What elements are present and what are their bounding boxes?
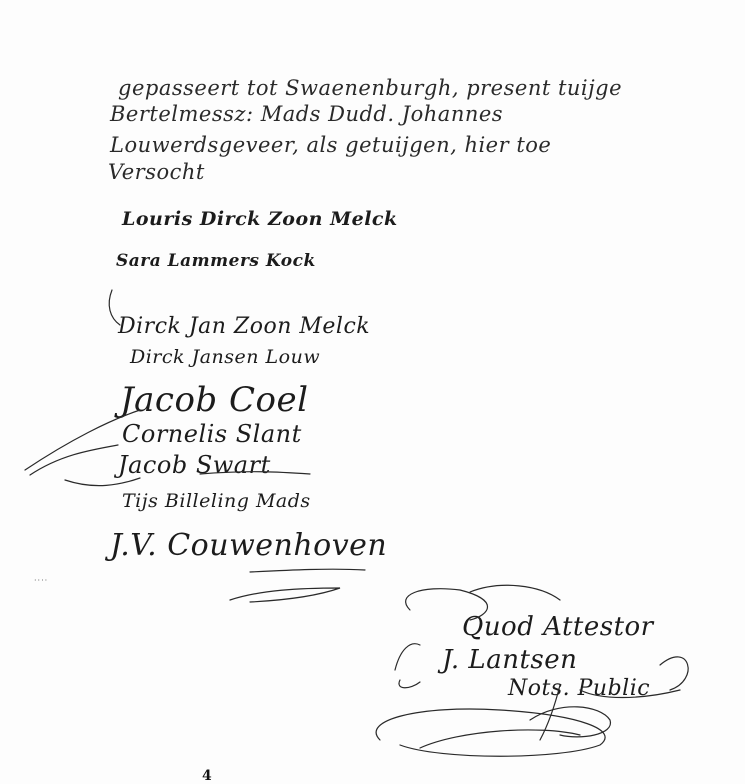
margin-mark: ···· bbox=[34, 576, 48, 585]
pen-flourishes bbox=[0, 0, 745, 784]
page-number: 4 bbox=[202, 768, 212, 784]
manuscript-page: gepasseert tot Swaenenburgh, present tui… bbox=[0, 0, 745, 784]
